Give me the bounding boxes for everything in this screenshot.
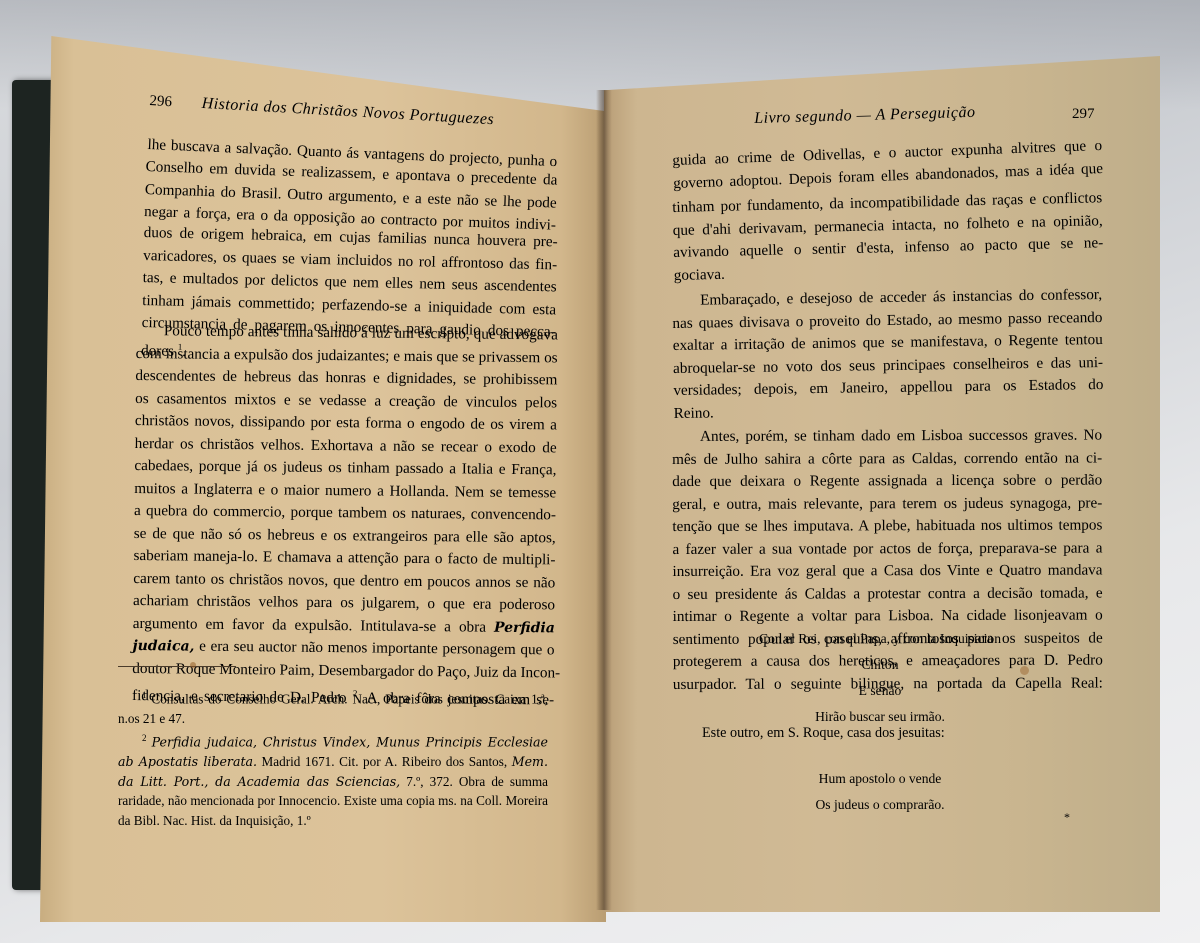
footnote-divider (118, 666, 236, 667)
right-page-number: 297 (1072, 106, 1095, 123)
text-line: mês de Julho sahira a côrte para as Cald… (672, 447, 1102, 471)
text-line: dade que deixara o Regente assignada a l… (672, 469, 1102, 493)
signature-mark: * (1064, 810, 1070, 825)
right-paragraph-1-cont: tinham por fundamento, da incompatibilid… (672, 187, 1104, 287)
verse-line: E senão (700, 678, 1060, 704)
verse-line: Os judeus o comprarão. (780, 792, 980, 818)
right-intro-2: Este outro, em S. Roque, casa dos jesuit… (702, 722, 1102, 745)
verse-line: Hum apostolo o vende (780, 766, 980, 792)
footnote-marker: 2 (142, 733, 147, 743)
text-line: a fazer valer a sua vontade por actos de… (672, 537, 1102, 561)
text-line: geral, e outra, mais relevante, para ter… (672, 492, 1102, 516)
text-line: o seu presidente ás Caldas a protestar c… (673, 582, 1103, 606)
verse-line: Chiton (700, 652, 1060, 678)
footnote-marker: 1 (142, 690, 147, 700)
footnote-text: Consultas do Conselho Geral. Arch. Nac.,… (118, 691, 548, 726)
verse-capella-real: Con el Rei, con el Papa, y con la Inquis… (700, 626, 1060, 730)
text-line: intimar o Regente a voltar para Lisboa. … (673, 604, 1103, 628)
right-paragraph-2: Embaraçado, e desejoso de acceder ás ins… (672, 284, 1104, 425)
verse-line: Con el Rei, con el Papa, y con la Inquis… (700, 626, 1060, 652)
text-line: Este outro, em S. Roque, casa dos jesuit… (702, 725, 945, 741)
text-line: tenção que se lhes imputava. A plebe, ha… (672, 514, 1102, 538)
left-footnotes: 1 Consultas do Conselho Geral. Arch. Nac… (118, 686, 548, 830)
footnote-1: 1 Consultas do Conselho Geral. Arch. Nac… (118, 686, 548, 728)
footnote-2: 2 Perfidia judaica, Christus Vindex, Mun… (118, 729, 548, 830)
work-title: judaica, (133, 638, 195, 655)
text-line: insurreição. Era voz geral que a Casa do… (672, 559, 1102, 583)
text-line: Antes, porém, se tinham dado em Lisboa s… (672, 424, 1102, 448)
book-gutter (596, 90, 612, 910)
text-fragment: argumento em favor da expulsão. Intitula… (133, 614, 486, 635)
left-page-number: 296 (149, 93, 172, 110)
paper-stain (190, 662, 196, 668)
text-fragment: e era seu auctor não menos importante pe… (199, 638, 555, 659)
verse-s-roque: Hum apostolo o vende Os judeus o comprar… (780, 766, 980, 818)
left-paragraph-2: Pouco tempo antes tinha sahido á luz um … (132, 320, 558, 712)
paper-stain (1020, 666, 1029, 675)
footnote-text: Madrid 1671. Cit. por A. Ribeiro dos San… (257, 754, 512, 769)
work-title: Perfidia (494, 619, 555, 636)
